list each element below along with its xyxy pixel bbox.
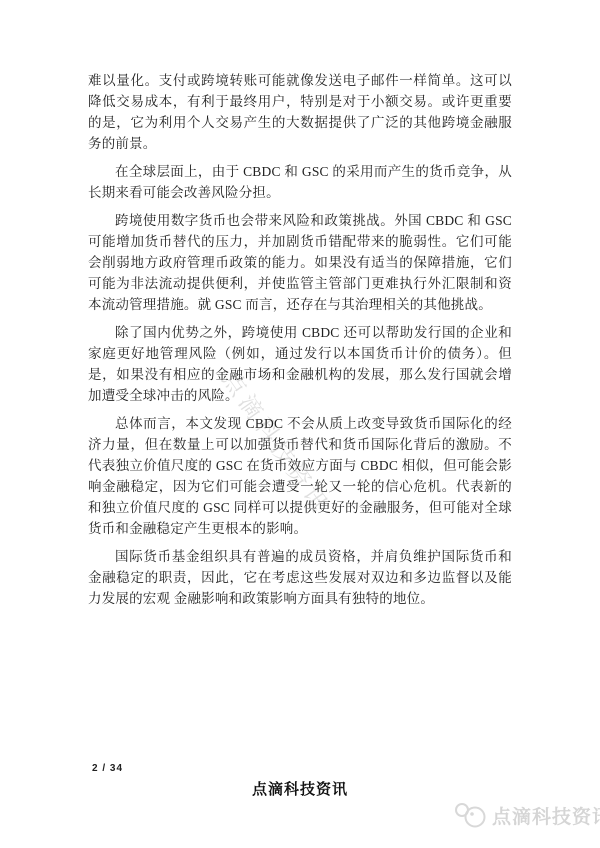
paragraph-3: 跨境使用数字货币也会带来风险和政策挑战。外国 CBDC 和 GSC 可能增加货币… [88, 210, 512, 315]
footer-brand: 点滴科技资讯 [0, 778, 600, 799]
paragraph-4: 除了国内优势之外，跨境使用 CBDC 还可以帮助发行国的企业和家庭更好地管理风险… [88, 322, 512, 406]
corner-watermark-text: 点滴科技资讯 [492, 802, 600, 829]
document-page: 难以量化。支付或跨境转账可能就像发送电子邮件一样简单。这可以降低交易成本，有利于… [0, 0, 600, 848]
paragraph-5: 总体而言，本文发现 CBDC 不会从质上改变导致货币国际化的经济力量，但在数量上… [88, 413, 512, 539]
page-number: 2 / 34 [92, 763, 123, 774]
paragraph-6: 国际货币基金组织具有普遍的成员资格，并肩负维护国际货币和金融稳定的职责，因此，它… [88, 546, 512, 609]
paragraph-2: 在全球层面上，由于 CBDC 和 GSC 的采用而产生的货币竞争，从长期来看可能… [88, 161, 512, 203]
droplet-mascot-logo-icon [452, 801, 488, 829]
paragraph-1: 难以量化。支付或跨境转账可能就像发送电子邮件一样简单。这可以降低交易成本，有利于… [88, 70, 512, 154]
article-body: 难以量化。支付或跨境转账可能就像发送电子邮件一样简单。这可以降低交易成本，有利于… [88, 70, 512, 616]
corner-watermark: 点滴科技资讯 [452, 801, 600, 829]
